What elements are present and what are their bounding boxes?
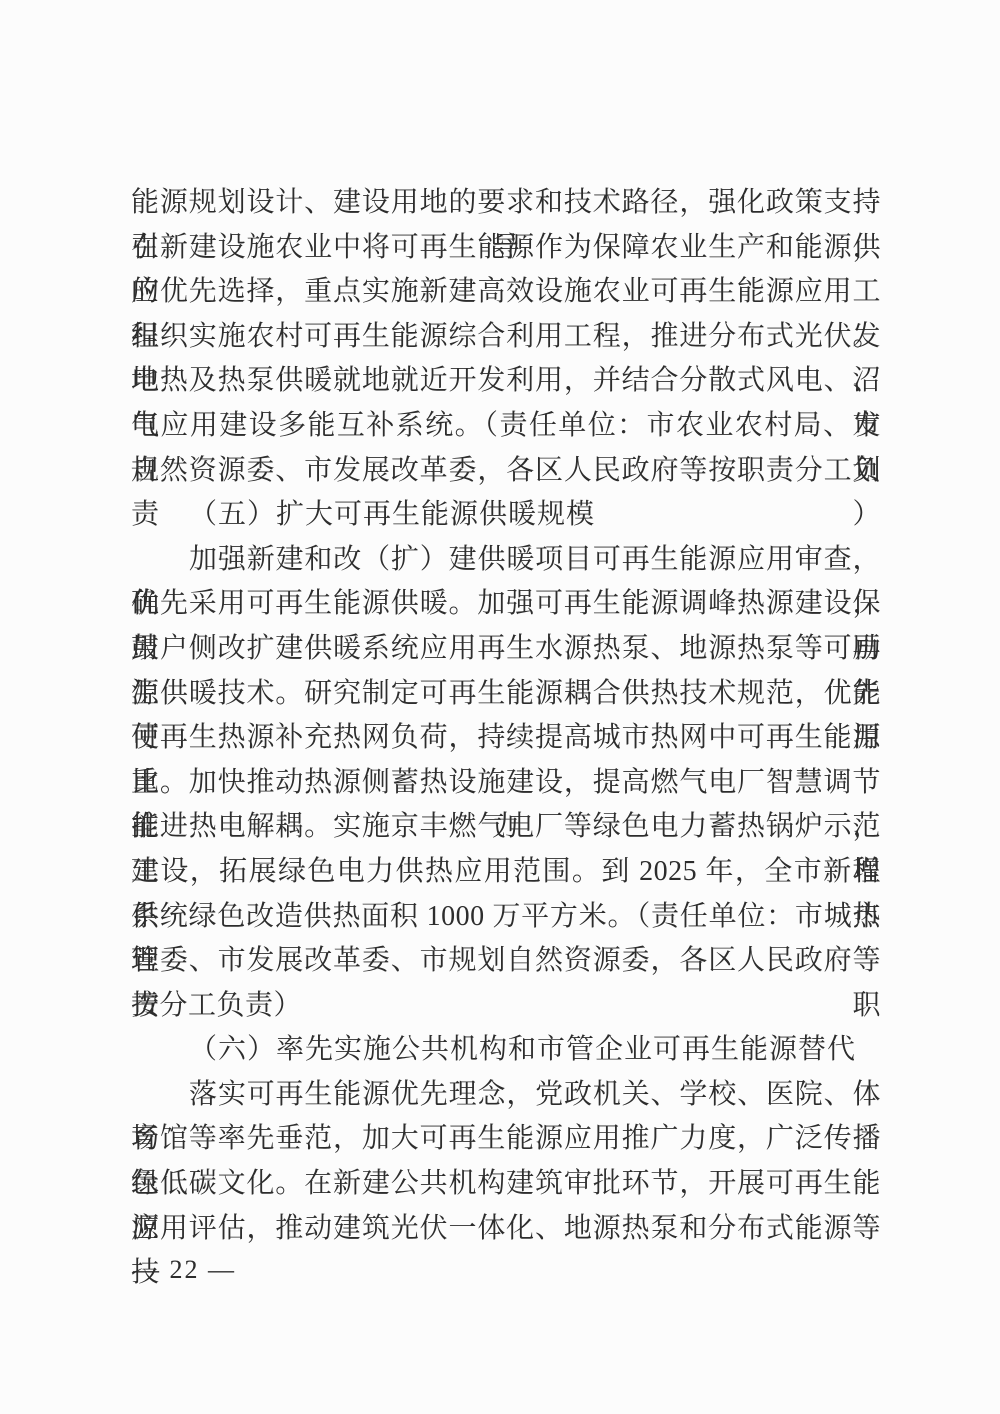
text-line: 系统绿色改造供热面积 1000 万平方米。（责任单位：市城市管 bbox=[131, 895, 881, 940]
text-line: 理委、市发展改革委、市规划自然资源委，各区人民政府等按职 bbox=[131, 939, 881, 984]
text-line: 用户侧改扩建供暖系统应用再生水源热泵、地源热泵等可再生能 bbox=[131, 627, 881, 672]
text-line: 地热及热泵供暖就地就近开发利用，并结合分散式风电、沼气发 bbox=[131, 359, 881, 404]
text-line: 在新建设施农业中将可再生能源作为保障农业生产和能源供应 bbox=[131, 226, 881, 271]
text-line: 可再生热源补充热网负荷，持续提高城市热网中可再生能源比 bbox=[131, 716, 881, 761]
text-line: 优先采用可再生能源供暖。加强可再生能源调峰热源建设，鼓励 bbox=[131, 582, 881, 627]
text-line: 推进热电解耦。实施京丰燃气电厂等绿色电力蓄热锅炉示范工程 bbox=[131, 805, 881, 850]
text-line: 建设，拓展绿色电力供热应用范围。到 2025 年，全市新增供热 bbox=[131, 850, 881, 895]
section-heading-6: （六）率先实施公共机构和市管企业可再生能源替代 bbox=[131, 1028, 881, 1073]
text-line: 组织实施农村可再生能源综合利用工程，推进分布式光伏发电、 bbox=[131, 315, 881, 360]
text-line: 色低碳文化。在新建公共机构建筑审批环节，开展可再生能源 bbox=[131, 1162, 881, 1207]
document-page: 能源规划设计、建设用地的要求和技术路径，强化政策支持引导， 在新建设施农业中将可… bbox=[0, 0, 1000, 1414]
text-line: 重。加快推动热源侧蓄热设施建设，提高燃气电厂智慧调节能力， bbox=[131, 761, 881, 806]
text-line: 源供暖技术。研究制定可再生能源耦合供热技术规范，优先使用 bbox=[131, 672, 881, 717]
document-body: 能源规划设计、建设用地的要求和技术路径，强化政策支持引导， 在新建设施农业中将可… bbox=[131, 181, 881, 1251]
text-line: 电应用建设多能互补系统。（责任单位：市农业农村局、市规划 bbox=[131, 404, 881, 449]
text-line: 落实可再生能源优先理念，党政机关、学校、医院、体育 bbox=[131, 1073, 881, 1118]
text-line: 应用评估，推动建筑光伏一体化、地源热泵和分布式能源等技 bbox=[131, 1207, 881, 1252]
text-line: 的优先选择，重点实施新建高效设施农业可再生能源应用工程。 bbox=[131, 270, 881, 315]
page-number: — 22 — bbox=[133, 1252, 236, 1288]
text-line: 能源规划设计、建设用地的要求和技术路径，强化政策支持引导， bbox=[131, 181, 881, 226]
text-line: 自然资源委、市发展改革委，各区人民政府等按职责分工负责） bbox=[131, 449, 881, 494]
text-line: 加强新建和改（扩）建供暖项目可再生能源应用审查，确保 bbox=[131, 538, 881, 583]
text-line: 场馆等率先垂范，加大可再生能源应用推广力度，广泛传播绿 bbox=[131, 1117, 881, 1162]
